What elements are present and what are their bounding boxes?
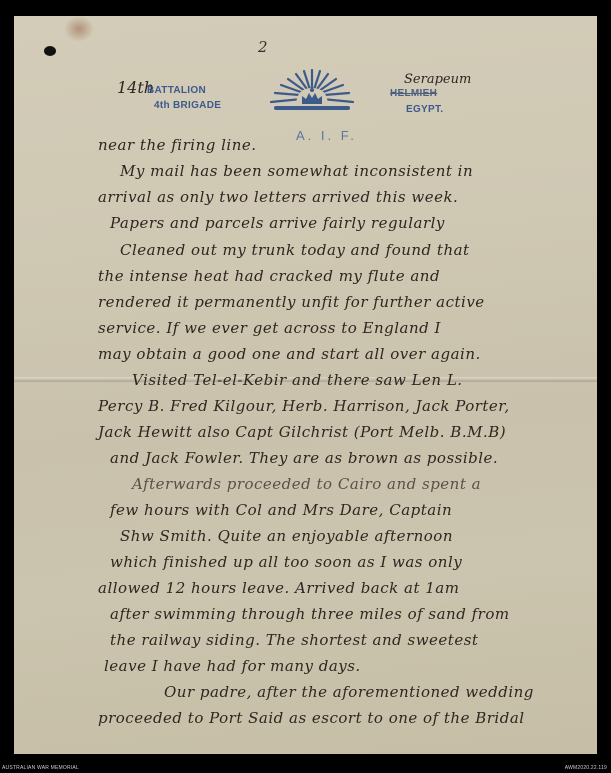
text-line: Jack Hewitt also Capt Gilchrist (Port Me…	[98, 423, 506, 441]
text-line: and Jack Fowler. They are as brown as po…	[110, 449, 498, 467]
text-line: Papers and parcels arrive fairly regular…	[110, 214, 445, 232]
text-line: arrival as only two letters arrived this…	[98, 188, 458, 206]
text-line: few hours with Col and Mrs Dare, Captain	[110, 501, 452, 519]
footer-accession-number: AWM2020.22.119	[565, 765, 607, 771]
text-line: near the firing line.	[98, 136, 257, 154]
text-line: proceeded to Port Said as escort to one …	[98, 709, 525, 727]
footer-institution: AUSTRALIAN WAR MEMORIAL	[2, 765, 79, 771]
text-line: allowed 12 hours leave. Arrived back at …	[98, 579, 459, 597]
text-line: leave I have had for many days.	[104, 657, 361, 675]
letter-page: 2 14th BATTALION 4th BRIGADE A. I. F. Se…	[14, 16, 597, 754]
text-line: Visited Tel-el-Kebir and there saw Len L…	[132, 371, 463, 389]
text-line: service. If we ever get across to Englan…	[98, 319, 441, 337]
letter-body: near the firing line. My mail has been s…	[14, 16, 597, 754]
text-line: the intense heat had cracked my flute an…	[98, 267, 440, 285]
text-line: the railway siding. The shortest and swe…	[110, 631, 478, 649]
text-line: Our padre, after the aforementioned wedd…	[164, 683, 534, 701]
text-line: may obtain a good one and start all over…	[98, 345, 481, 363]
text-line: My mail has been somewhat inconsistent i…	[120, 162, 473, 180]
text-line: after swimming through three miles of sa…	[110, 605, 510, 623]
text-line: which finished up all too soon as I was …	[110, 553, 462, 571]
text-line: Percy B. Fred Kilgour, Herb. Harrison, J…	[98, 397, 510, 415]
text-line: Afterwards proceeded to Cairo and spent …	[132, 475, 481, 493]
text-line: rendered it permanently unfit for furthe…	[98, 293, 485, 311]
text-line: Shw Smith. Quite an enjoyable afternoon	[120, 527, 453, 545]
text-line: Cleaned out my trunk today and found tha…	[120, 241, 470, 259]
